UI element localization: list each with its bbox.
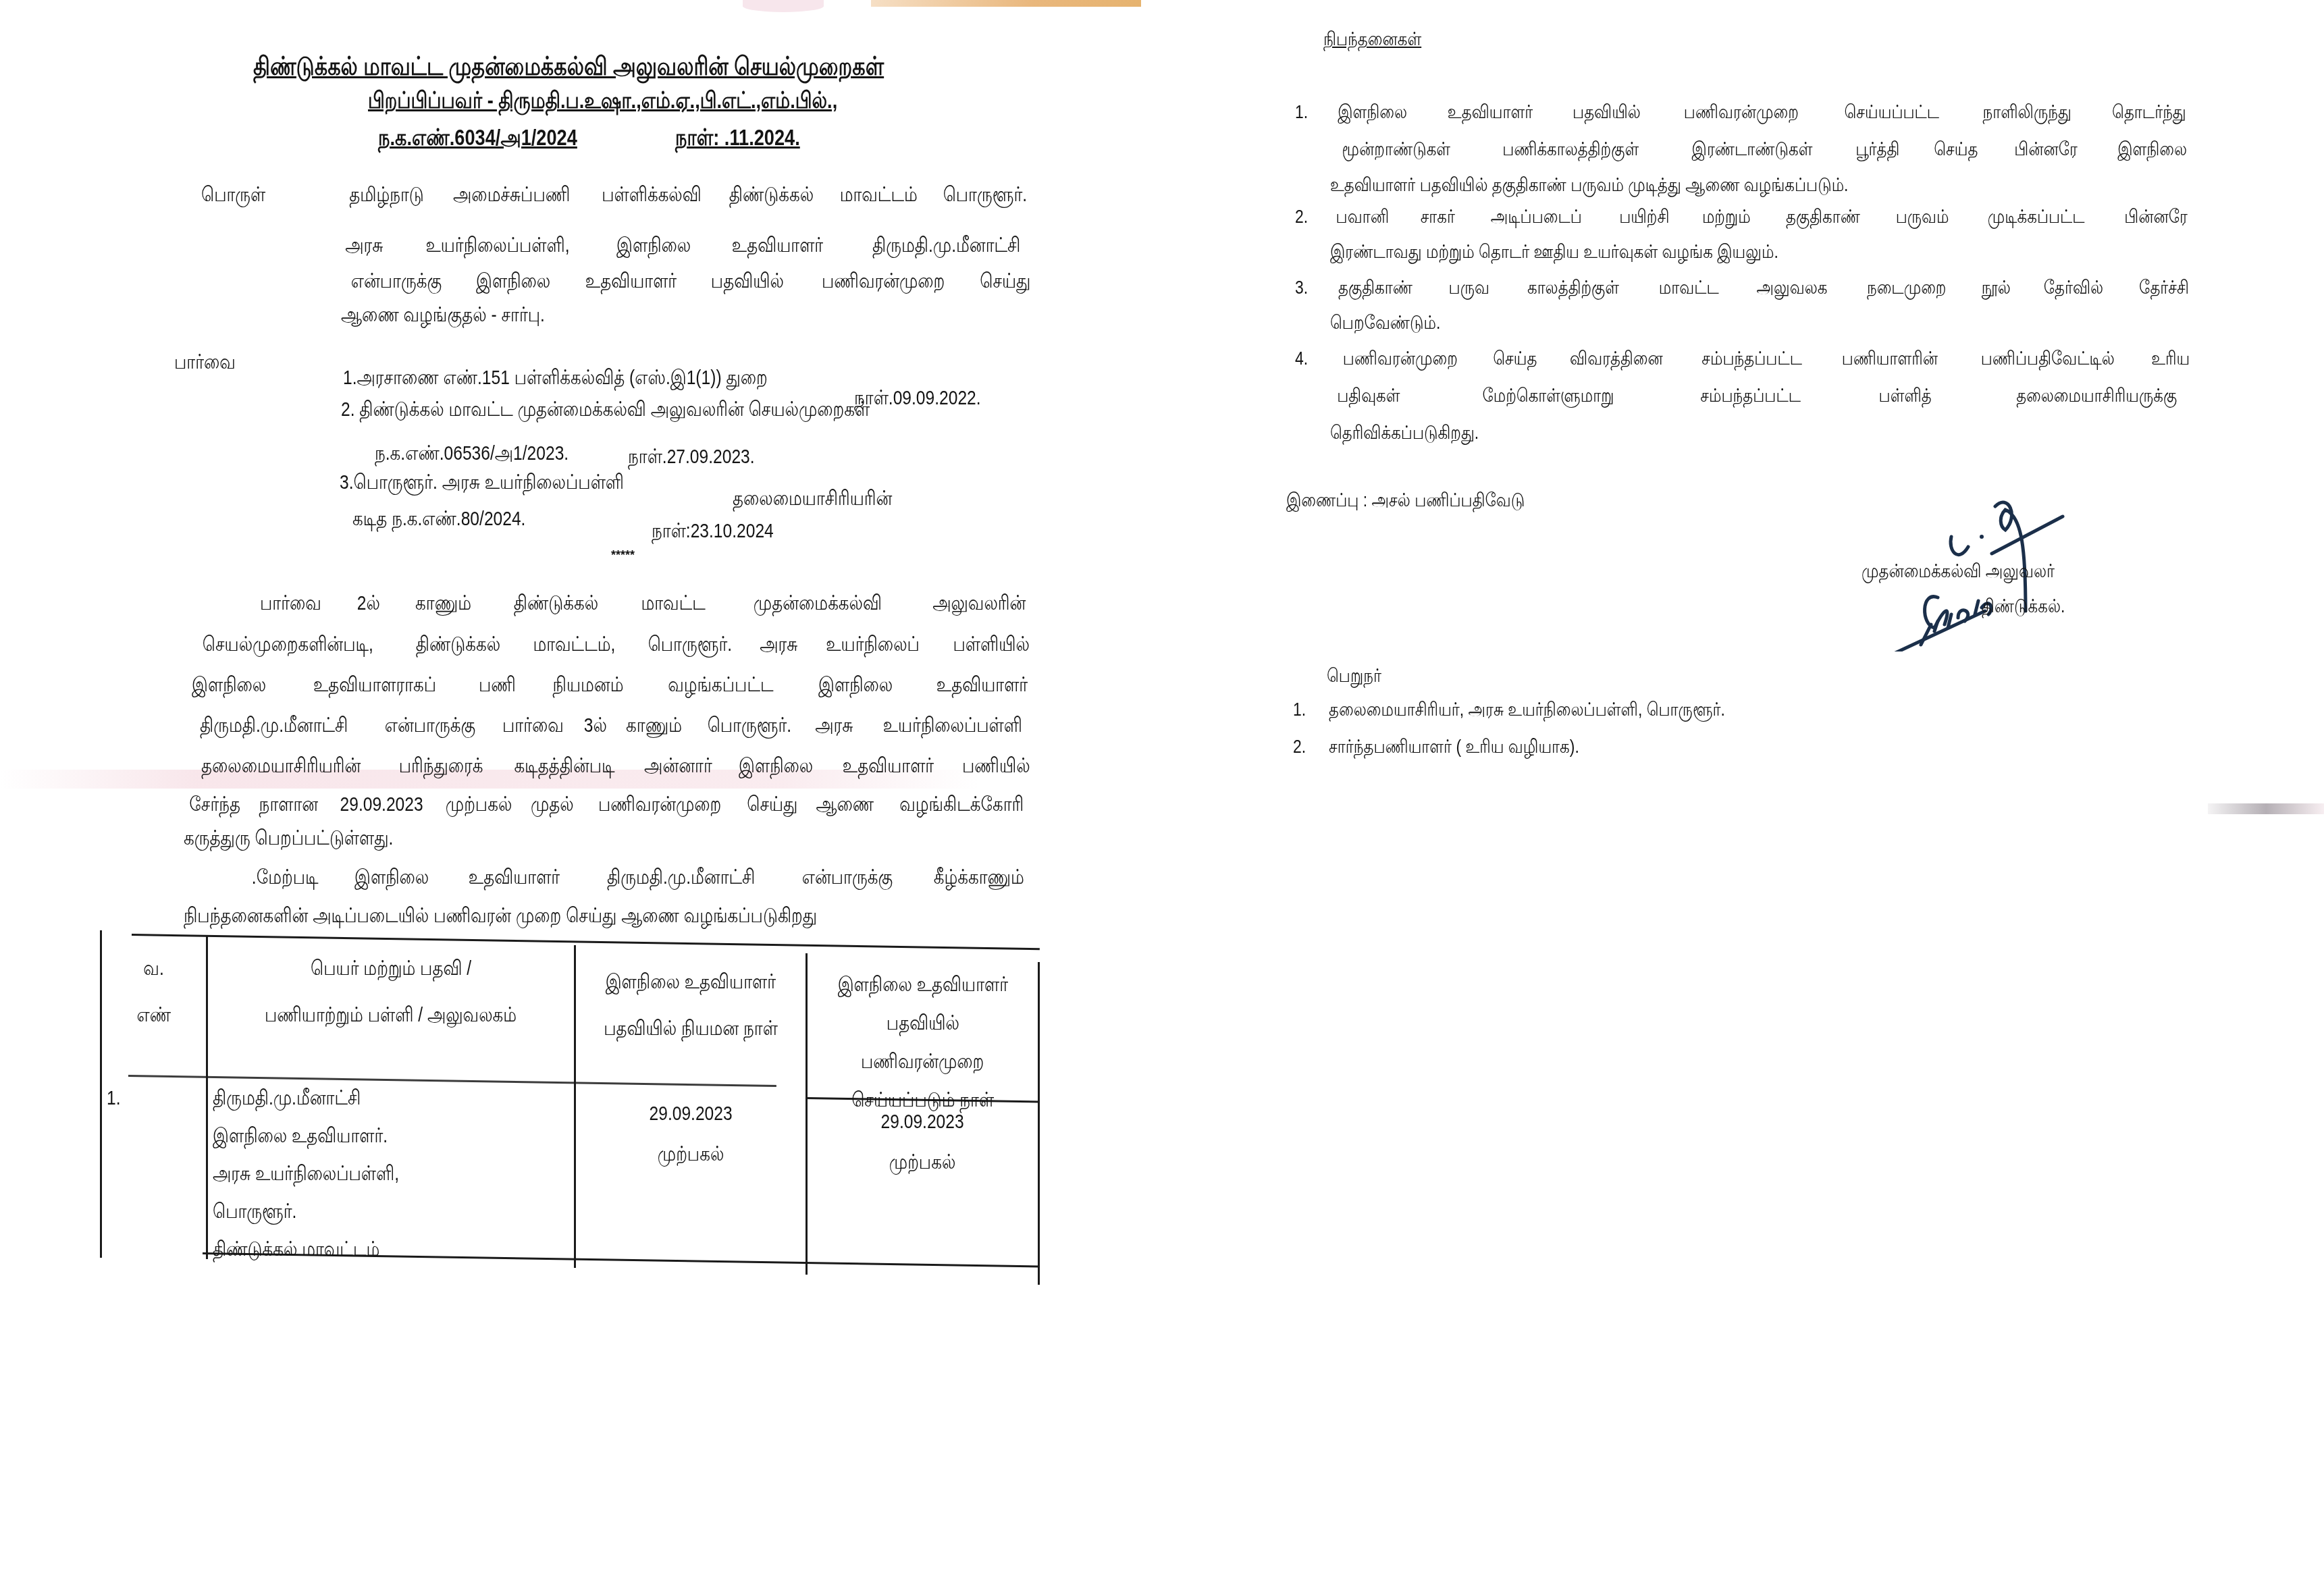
- body-line: தலைமையாசிரியரின்பரிந்துரைக்கடிதத்தின்படி…: [184, 755, 1038, 780]
- separator: *****: [611, 548, 635, 562]
- proceedings-title: திண்டுக்கல் மாவட்ட முதன்மைக்கல்வி அலுவலர…: [253, 53, 884, 85]
- body-line: கருத்துரு பெறப்பட்டுள்ளது.: [184, 827, 393, 851]
- reference-item-3: 3.பொருளூர். அரசு உயர்நிலைப்பள்ளி: [340, 471, 624, 495]
- body-line: சேர்ந்தநாளான29.09.2023முற்பகல்முதல்பணிவர…: [184, 793, 1038, 819]
- reference-item-2-number: ந.க.எண்.06536/அ1/2023.: [375, 442, 569, 466]
- condition-number: 1.: [1295, 101, 1308, 123]
- references-label: பார்வை: [174, 351, 236, 375]
- signatory-place: திண்டுக்கல்.: [1982, 595, 2065, 617]
- signatory-designation: முதன்மைக்கல்வி அலுவலர்: [1861, 560, 2055, 582]
- scan-tape-mark: [871, 0, 1141, 7]
- condition-line: பெறவேண்டும்.: [1330, 312, 1440, 334]
- reference-item-1: 1.அரசாணை எண்.151 பள்ளிக்கல்வித் (எஸ்.இ1(…: [343, 367, 768, 390]
- condition-number: 2.: [1295, 206, 1308, 228]
- issuer-line: பிறப்பிப்பவர் - திருமதி.ப.உஷா.,எம்.ஏ.,பி…: [368, 88, 837, 117]
- scan-smudge: [2208, 803, 2324, 814]
- condition-line: இரண்டாவது மற்றும் தொடர் ஊதிய உயர்வுகள் வ…: [1330, 241, 1778, 263]
- body-line: .மேற்படிஇளநிலைஉதவியாளர்திருமதி.மு.மீனாட்…: [244, 866, 1034, 892]
- body-line: பார்வை2ல்காணும்திண்டுக்கல்மாவட்டமுதன்மைக…: [253, 592, 1036, 618]
- condition-number: 4.: [1295, 348, 1308, 369]
- enclosure-note: இணைப்பு : அசல் பணிப்பதிவேடு: [1286, 489, 1525, 511]
- reference-item-3-number: கடித ந.க.எண்.80/2024.: [352, 508, 525, 531]
- recipient-1-number: 1.: [1293, 699, 1306, 720]
- condition-line: மூன்றாண்டுகள்பணிக்காலத்திற்குள்இரண்டாண்ட…: [1330, 138, 2194, 163]
- recipients-label: பெறுநர்: [1327, 665, 1381, 687]
- reference-item-1-date: நாள்.09.09.2022.: [854, 387, 981, 410]
- condition-line: பதிவுகள்மேற்கொள்ளுமாறுசம்பந்தப்பட்டபள்ளி…: [1330, 385, 2194, 409]
- condition-number: 3.: [1295, 277, 1308, 298]
- body-line: செயல்முறைகளின்படி,திண்டுக்கல்மாவட்டம்,பொ…: [184, 633, 1038, 659]
- table-row-appointment-date: 29.09.2023முற்பகல்: [576, 1094, 806, 1175]
- conditions-heading: நிபந்தனைகள்: [1323, 28, 1421, 50]
- subject-line: ஆணை வழங்குதல் - சார்பு.: [341, 304, 545, 327]
- order-date: நாள்: .11.2024.: [675, 125, 800, 154]
- condition-line: பணிவரன்முறைசெய்தவிவரத்தினைசம்பந்தப்பட்டப…: [1330, 348, 2194, 372]
- body-line: இளநிலைஉதவியாளராகப்பணிநியமனம்வழங்கப்பட்டஇ…: [184, 674, 1038, 699]
- condition-line: தெரிவிக்கப்படுகிறது.: [1330, 422, 1479, 444]
- condition-line: பவானிசாகர்அடிப்படைப்பயிற்சிமற்றும்தகுதிக…: [1330, 206, 2194, 230]
- table-header-serial: வ.எண்: [101, 945, 206, 1038]
- reference-item-3-date: நாள்:23.10.2024: [652, 520, 774, 543]
- reference-item-3-designation: தலைமையாசிரியரின்: [733, 487, 892, 511]
- table-row-regularisation-date: 29.09.2023முற்பகல்: [808, 1102, 1038, 1183]
- table-header-appointment-date: இளநிலை உதவியாளர்பதவியில் நியமன நாள்: [576, 959, 806, 1052]
- condition-line: உதவியாளர் பதவியில் தகுதிகாண் பருவம் முடி…: [1330, 174, 1848, 196]
- table-row-serial: 1.: [107, 1087, 121, 1111]
- recipient-1: தலைமையாசிரியர், அரசு உயர்நிலைப்பள்ளி, பொ…: [1329, 699, 1725, 720]
- recipient-2-number: 2.: [1293, 736, 1306, 757]
- body-line: திருமதி.மு.மீனாட்சிஎன்பாருக்குபார்வை3ல்க…: [184, 714, 1038, 740]
- subject-line: அரசுஉயர்நிலைப்பள்ளி,இளநிலைஉதவியாளர்திரும…: [341, 234, 1036, 260]
- table-row-name: திருமதி.மு.மீனாட்சிஇளநிலை உதவியாளர்.அரசு…: [213, 1087, 440, 1276]
- recipient-2: சார்ந்தபணியாளர் ( உரிய வழியாக).: [1329, 736, 1579, 757]
- condition-line: இளநிலைஉதவியாளர்பதவியில்பணிவரன்முறைசெய்யப…: [1330, 101, 2194, 126]
- subject-line: என்பாருக்குஇளநிலைஉதவியாளர்பதவியில்பணிவரன…: [341, 270, 1036, 296]
- body-line: நிபந்தனைகளின் அடிப்படையில் பணிவரன் முறை …: [184, 905, 817, 928]
- subject-line: தமிழ்நாடுஅமைச்சுப்பணிபள்ளிக்கல்விதிண்டுக…: [341, 184, 1036, 209]
- table-header-name: பெயர் மற்றும் பதவி /பணியாற்றும் பள்ளி / …: [208, 945, 574, 1038]
- table-header-regularisation-date: இளநிலை உதவியாளர்பதவியில்பணிவரன்முறைசெய்ய…: [808, 965, 1038, 1119]
- scan-smudge: [743, 0, 824, 12]
- reference-number: ந.க.எண்.6034/அ1/2024: [378, 125, 577, 154]
- condition-line: தகுதிகாண்பருவகாலத்திற்குள்மாவட்டஅலுவலகநட…: [1330, 277, 2194, 301]
- subject-label: பொருள்: [201, 184, 265, 207]
- reference-item-2: 2. திண்டுக்கல் மாவட்ட முதன்மைக்கல்வி அலு…: [341, 398, 870, 422]
- reference-item-2-date: நாள்.27.09.2023.: [628, 446, 755, 469]
